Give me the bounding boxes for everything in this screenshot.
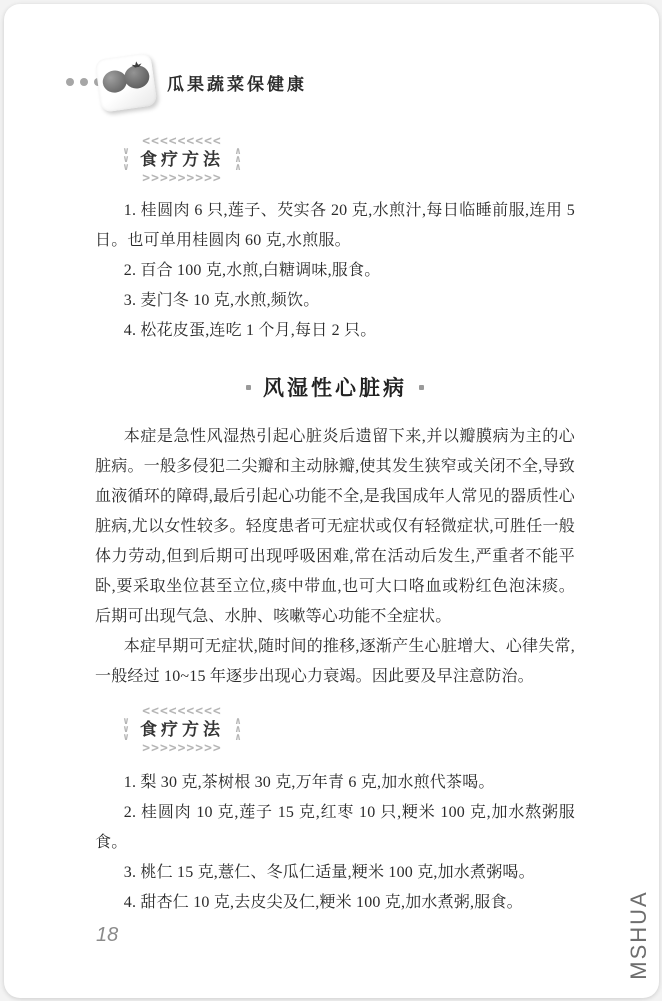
section-paragraph: 本症早期可无症状,随时间的推移,逐渐产生心脏增大、心律失常,一般经过 10~15… bbox=[95, 632, 575, 692]
remedy-item: 2. 百合 100 克,水煎,白糖调味,服食。 bbox=[95, 256, 575, 286]
badge-label: 食疗方法 bbox=[134, 717, 230, 743]
section-title-text: 风湿性心脏病 bbox=[263, 372, 407, 402]
side-watermark: MSHUA bbox=[626, 870, 652, 1000]
badge-arrows-top-icon: <<<<<<<<< bbox=[142, 706, 221, 717]
tomato-icon bbox=[123, 64, 151, 90]
badge-arrows-bottom-icon: >>>>>>>>> bbox=[142, 743, 221, 754]
remedy-item: 1. 桂圆肉 6 只,莲子、芡实各 20 克,水煎汁,每日临睡前服,连用 5 日… bbox=[95, 196, 575, 256]
title-dot-icon bbox=[246, 385, 251, 390]
remedy-item: 4. 甜杏仁 10 克,去皮尖及仁,粳米 100 克,加水煮粥,服食。 bbox=[95, 888, 575, 918]
remedy-item: 1. 梨 30 克,茶树根 30 克,万年青 6 克,加水煎代茶喝。 bbox=[95, 768, 575, 798]
badge-arrows-right-icon: ∧∧∧ bbox=[235, 148, 241, 172]
section-paragraph: 本症是急性风湿热引起心脏炎后遗留下来,并以瓣膜病为主的心脏病。一般多侵犯二尖瓣和… bbox=[95, 422, 575, 632]
badge-arrows-bottom-icon: >>>>>>>>> bbox=[142, 173, 221, 184]
food-therapy-badge: <<<<<<<<< ∨∨∨ 食疗方法 ∧∧∧ >>>>>>>>> bbox=[123, 136, 241, 184]
book-title: 瓜果蔬菜保健康 bbox=[167, 70, 307, 95]
remedy-item: 3. 麦门冬 10 克,水煎,频饮。 bbox=[95, 286, 575, 316]
badge-arrows-top-icon: <<<<<<<<< bbox=[142, 136, 221, 147]
section-title: 风湿性心脏病 bbox=[95, 372, 575, 402]
text-column: <<<<<<<<< ∨∨∨ 食疗方法 ∧∧∧ >>>>>>>>> 1. 桂圆肉 … bbox=[95, 132, 575, 918]
dot-icon bbox=[80, 78, 88, 86]
badge-arrows-right-icon: ∧∧∧ bbox=[235, 718, 241, 742]
plate-icon bbox=[95, 52, 158, 112]
badge-label: 食疗方法 bbox=[134, 147, 230, 173]
badge-arrows-left-icon: ∨∨∨ bbox=[123, 718, 129, 742]
remedy-item: 4. 松花皮蛋,连吃 1 个月,每日 2 只。 bbox=[95, 316, 575, 346]
page-number: 18 bbox=[96, 924, 118, 947]
title-dot-icon bbox=[419, 385, 424, 390]
remedy-item: 3. 桃仁 15 克,薏仁、冬瓜仁适量,粳米 100 克,加水煮粥喝。 bbox=[95, 858, 575, 888]
book-page: 瓜果蔬菜保健康 <<<<<<<<< ∨∨∨ 食疗方法 ∧∧∧ >>>>>>>>>… bbox=[4, 4, 659, 998]
remedy-item: 2. 桂圆肉 10 克,莲子 15 克,红枣 10 只,粳米 100 克,加水熬… bbox=[95, 798, 575, 858]
food-therapy-badge: <<<<<<<<< ∨∨∨ 食疗方法 ∧∧∧ >>>>>>>>> bbox=[123, 706, 241, 754]
plate-logo bbox=[98, 52, 158, 112]
dot-icon bbox=[66, 78, 74, 86]
badge-arrows-left-icon: ∨∨∨ bbox=[123, 148, 129, 172]
